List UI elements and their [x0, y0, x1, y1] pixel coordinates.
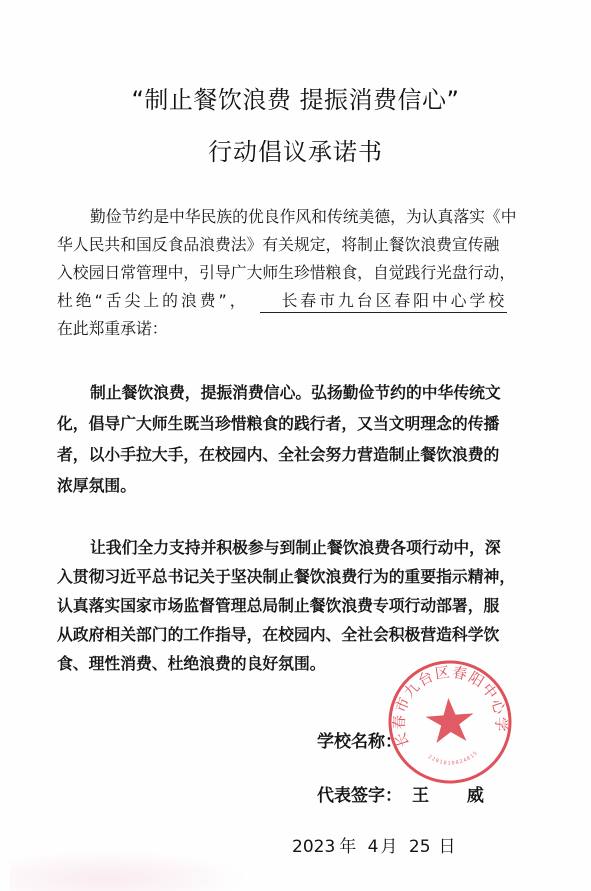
- document-subtitle: 行动倡议承诺书: [0, 132, 591, 167]
- paragraph-line-text: 杜绝“舌尖上的浪费”，: [57, 291, 249, 310]
- school-name-fill-in: 长春市九台区春阳中心学校: [260, 290, 508, 313]
- paragraph-line: 认真落实国家市场监督管理总局制止餐饮浪费专项行动部署，服: [57, 591, 541, 620]
- date-month-unit: 月: [381, 837, 398, 857]
- document-date: 2023年 4月 25日: [292, 832, 462, 857]
- scan-artifact: [10, 850, 250, 891]
- seal-code: 2201810024815: [426, 750, 480, 769]
- representative-signature: 代表签字：王 威: [317, 781, 500, 806]
- paragraph-line: 浓厚氛围。: [57, 470, 541, 501]
- document-page: “制止餐饮浪费 提振消费信心” 行动倡议承诺书 勤俭节约是中华民族的优良作风和传…: [0, 0, 591, 891]
- date-year: 2023: [292, 837, 335, 857]
- date-month: 4: [368, 837, 379, 857]
- paragraph-line: 者，以小手拉大手，在校园内、全社会努力营造制止餐饮浪费的: [57, 439, 541, 470]
- paragraph-line: 入贯彻习近平总书记关于坚决制止餐饮浪费行为的重要指示精神，: [57, 562, 541, 591]
- star-icon: [424, 696, 475, 743]
- paragraph-line: 让我们全力支持并积极参与到制止餐饮浪费各项行动中，深: [57, 533, 541, 562]
- paragraph-line: 制止餐饮浪费，提振消费信心。弘扬勤俭节约的中华传统文: [57, 377, 541, 408]
- date-year-unit: 年: [339, 837, 356, 857]
- paragraph-line: 入校园日常管理中，引导广大师生珍惜粮食，自觉践行光盘行动，: [57, 259, 541, 287]
- official-seal: 长春市九台区春阳中心学校 2201810024815: [382, 654, 519, 791]
- document-title: “制止餐饮浪费 提振消费信心”: [0, 80, 591, 115]
- representative-label: 代表签字：: [317, 786, 402, 806]
- paragraph-2: 制止餐饮浪费，提振消费信心。弘扬勤俭节约的中华传统文 化，倡导广大师生既当珍惜粮…: [57, 377, 541, 501]
- date-day-unit: 日: [439, 837, 456, 857]
- paragraph-line: 华人民共和国反食品浪费法》有关规定，将制止餐饮浪费宣传融: [57, 231, 541, 259]
- representative-name: 王 威: [412, 786, 500, 806]
- paragraph-line: 在此郑重承诺：: [57, 315, 541, 343]
- paragraph-line: 勤俭节约是中华民族的优良作风和传统美德，为认真落实《中: [57, 203, 541, 231]
- svg-text:2201810024815: 2201810024815: [426, 750, 480, 769]
- paragraph-line: 杜绝“舌尖上的浪费”， 长春市九台区春阳中心学校: [57, 287, 541, 315]
- paragraph-line: 化，倡导广大师生既当珍惜粮食的践行者，又当文明理念的传播: [57, 408, 541, 439]
- paragraph-1: 勤俭节约是中华民族的优良作风和传统美德，为认真落实《中 华人民共和国反食品浪费法…: [57, 203, 541, 343]
- school-name-label: 学校名称：: [317, 727, 402, 752]
- date-day: 25: [409, 837, 431, 857]
- paragraph-line: 从政府相关部门的工作指导，在校园内、全社会积极营造科学饮: [57, 620, 541, 649]
